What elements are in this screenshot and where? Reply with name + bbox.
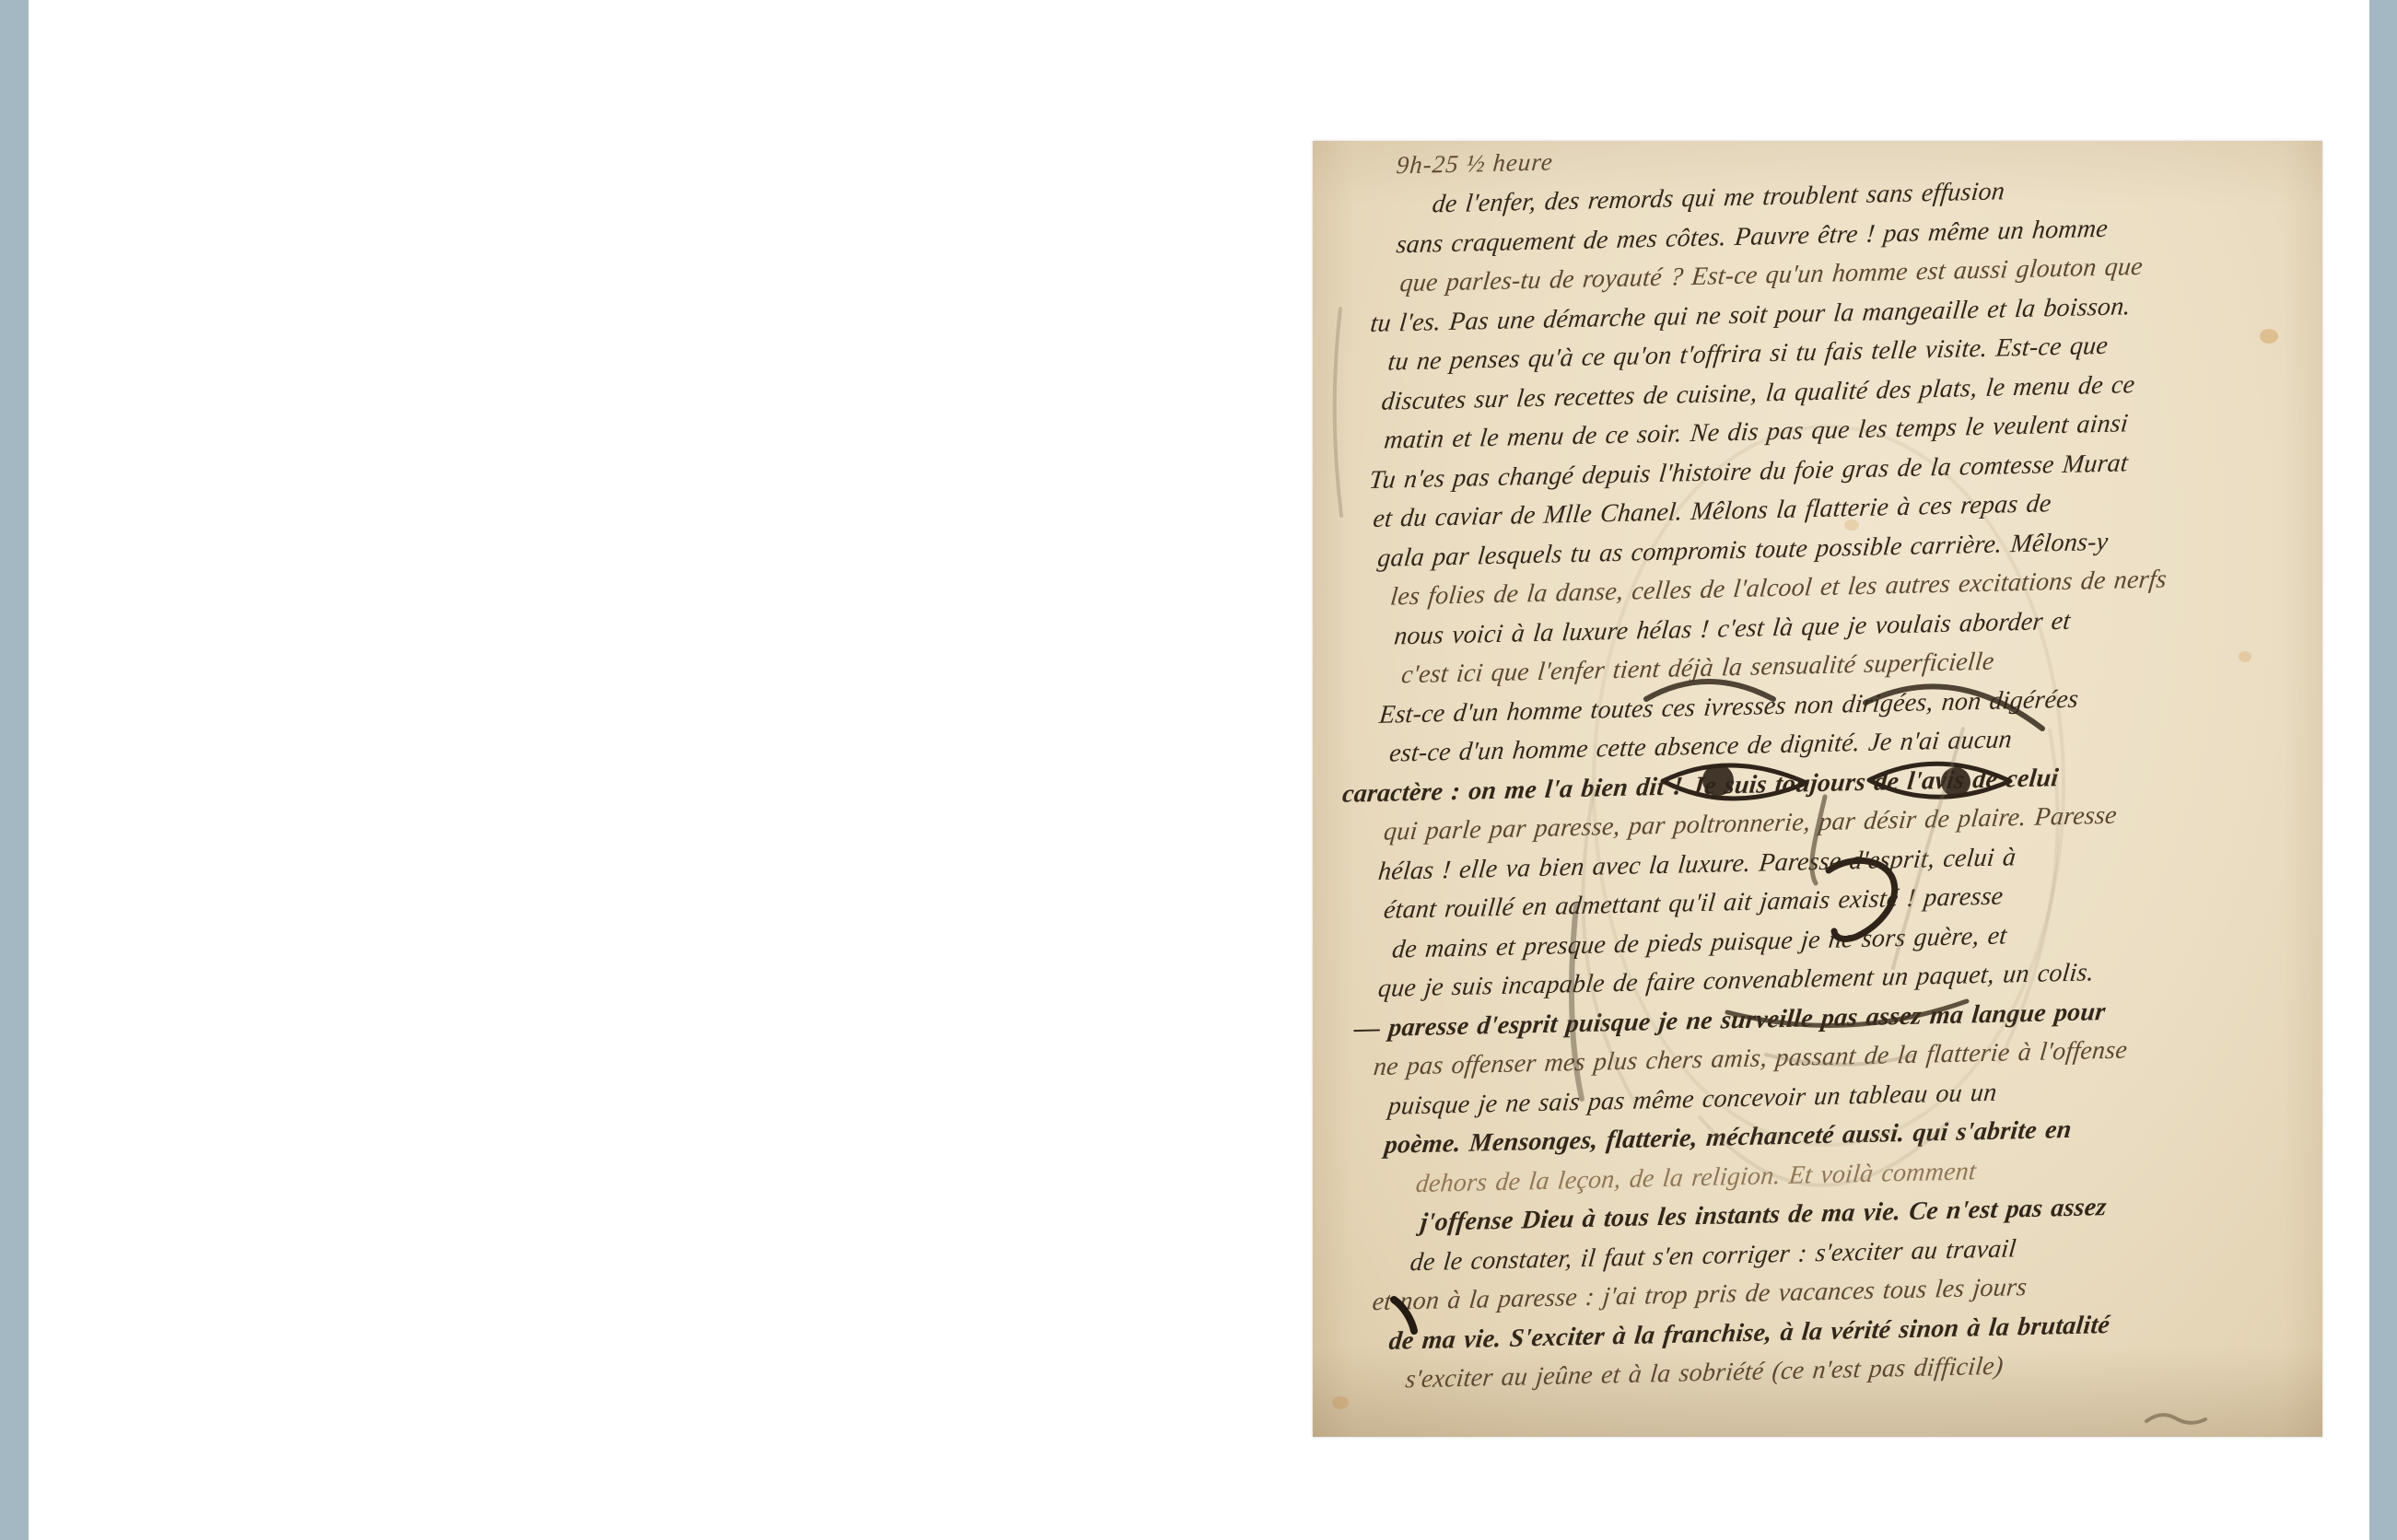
manuscript-line: j'offense Dieu à tous les instants de ma… [1419, 1192, 2108, 1239]
manuscript-lines: de l'enfer, des remords qui me troublent… [1313, 141, 2321, 142]
manuscript-line: caractère : on me l'a bien dit ! Je suis… [1341, 763, 2061, 811]
manuscript-line: de l'enfer, des remords qui me troublent… [1431, 176, 2006, 220]
manuscript-time-note: 9h-25 ½ heure [1396, 147, 1555, 180]
manuscript-line: tu ne penses qu'à ce qu'on t'offrira si … [1386, 331, 2110, 379]
manuscript-line: matin et le menu de ce soir. Ne dis pas … [1383, 408, 2130, 456]
manuscript-line: c'est ici que l'enfer tient déjà la sens… [1400, 647, 1996, 692]
left-border-bar [0, 0, 29, 1540]
manuscript-line: sans craquement de mes côtes. Pauvre êtr… [1395, 213, 2110, 261]
manuscript-line: de mains et presque de pieds puisque je … [1390, 920, 2008, 965]
manuscript-line: poème. Mensonges, flatterie, méchanceté … [1383, 1114, 2073, 1161]
manuscript-line: étant rouillé en admettant qu'il ait jam… [1382, 881, 2005, 927]
manuscript-line: ne pas offenser mes plus chers amis, pas… [1372, 1034, 2128, 1083]
manuscript-line: de ma vie. S'exciter à la franchise, à l… [1387, 1310, 2111, 1358]
manuscript-line: est-ce d'un homme cette absence de digni… [1388, 724, 2014, 769]
manuscript-line: s'exciter au jeûne et à la sobriété (ce … [1404, 1351, 2005, 1396]
manuscript-line: Est-ce d'un homme toutes ces ivresses no… [1378, 683, 2080, 730]
manuscript-text-block: 9h-25 ½ heure de l'enfer, des remords qu… [1313, 141, 2322, 1437]
manuscript-line: puisque je ne sais pas même concevoir un… [1386, 1077, 1998, 1122]
manuscript-page: 9h-25 ½ heure de l'enfer, des remords qu… [1313, 141, 2322, 1437]
page-background: 9h-25 ½ heure de l'enfer, des remords qu… [0, 0, 2397, 1540]
manuscript-line: nous voici à la luxure hélas ! c'est là … [1393, 605, 2072, 652]
manuscript-line: hélas ! elle va bien avec la luxure. Par… [1376, 842, 2017, 888]
right-border-bar [2369, 0, 2397, 1540]
manuscript-line: et non à la paresse : j'ai trop pris de … [1371, 1272, 2029, 1318]
manuscript-line: de le constater, il faut s'en corriger :… [1409, 1233, 2017, 1278]
manuscript-line: qui parle par paresse, par poltronnerie,… [1383, 800, 2119, 848]
manuscript-line: que parles-tu de royauté ? Est-ce qu'un … [1398, 251, 2145, 299]
manuscript-line: que je suis incapable de faire convenabl… [1376, 957, 2095, 1005]
manuscript-line: dehors de la leçon, de la religion. Et v… [1414, 1156, 1977, 1200]
manuscript-line: et du caviar de Mlle Chanel. Mêlons la f… [1372, 488, 2052, 535]
